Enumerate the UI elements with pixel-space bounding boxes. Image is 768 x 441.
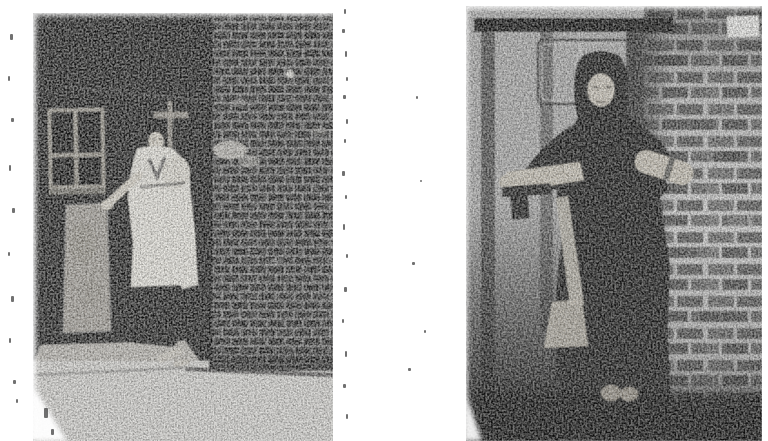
speckle-mark [8, 76, 10, 81]
grain-light [466, 6, 762, 441]
speckle-mark [346, 254, 348, 258]
speckle-mark [343, 224, 345, 230]
speckle-mark [344, 287, 347, 292]
speckle-mark [345, 195, 347, 199]
speckle-mark [345, 51, 347, 57]
speckle-mark [10, 34, 13, 40]
speckle-mark [342, 29, 345, 33]
speckle-mark [343, 384, 346, 388]
speckle-mark [342, 319, 344, 323]
left-photo-canvas [33, 13, 333, 441]
speckle-mark [342, 171, 345, 176]
speckle-mark [346, 77, 348, 81]
speckle-mark [412, 262, 415, 265]
speckle-mark [408, 368, 411, 371]
speckle-mark [9, 165, 11, 171]
speckle-mark [9, 338, 11, 343]
speckle-mark [344, 9, 346, 14]
speckle-mark [346, 119, 348, 124]
right-photograph [466, 6, 762, 441]
speckle-mark [13, 380, 16, 384]
speckle-mark [343, 95, 346, 99]
speckle-mark [345, 351, 347, 357]
speckle-mark [11, 118, 14, 122]
speckle-mark [346, 414, 348, 419]
speckle-mark [16, 399, 18, 403]
speckle-mark [12, 208, 15, 213]
speckle-mark [344, 139, 346, 143]
speckle-mark [11, 296, 14, 302]
scanned-page [0, 0, 768, 441]
speckle-mark [416, 96, 418, 99]
right-photo-canvas [466, 6, 762, 441]
speckle-mark [424, 330, 426, 333]
speckle-mark [420, 180, 422, 182]
grain-light [33, 13, 333, 441]
left-photograph [33, 13, 333, 441]
speckle-mark [8, 252, 10, 256]
